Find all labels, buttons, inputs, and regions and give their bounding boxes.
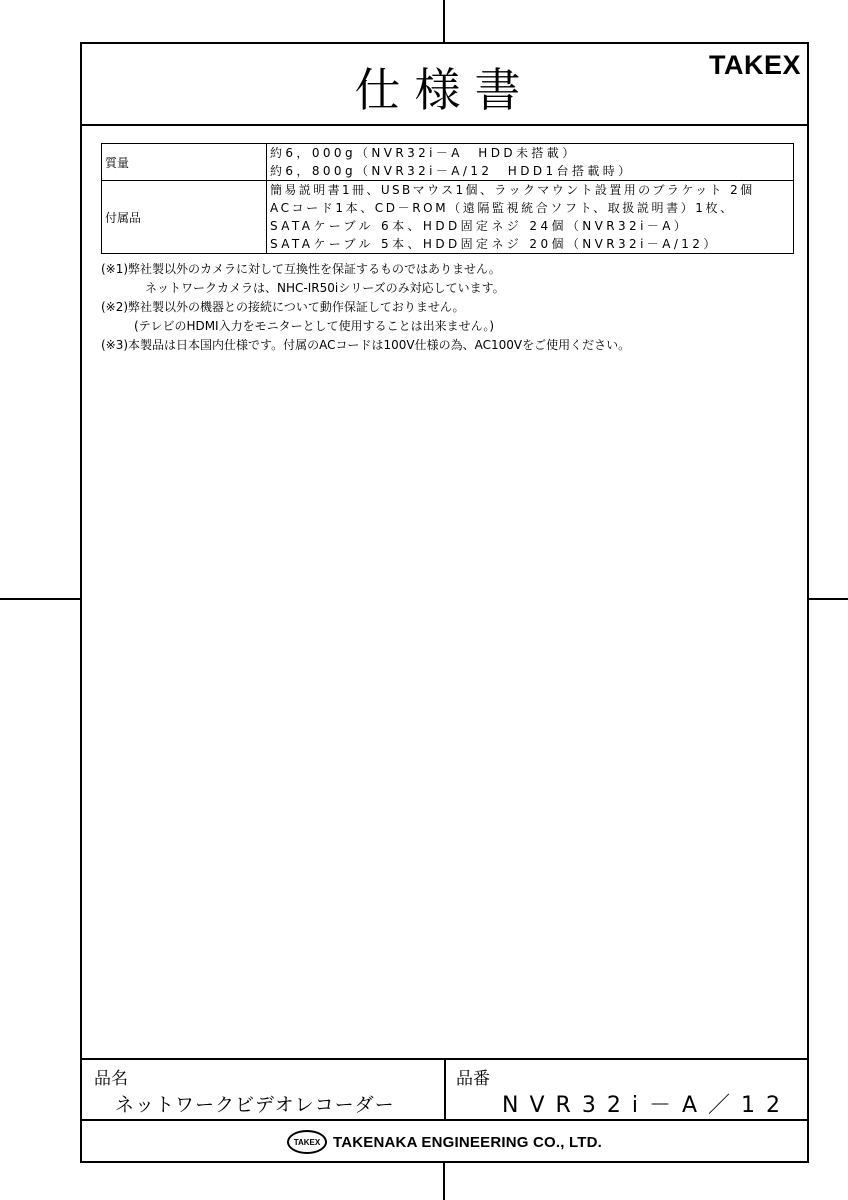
crop-mark-left [0, 598, 81, 600]
notes-section: (※1)弊社製以外のカメラに対して互換性を保証するものではありません。 ネットワ… [101, 260, 630, 355]
product-info-row: 品名 ネットワークビデオレコーダー 品番 NVR32i－A／12 [82, 1060, 807, 1121]
spec-line: SATAケーブル 5本、HDD固定ネジ 20個（NVR32i－A/12） [270, 235, 790, 253]
spec-table: 質量 約6，000g（NVR32i－A HDD未搭載） 約6，800g（NVR3… [101, 143, 794, 254]
product-number-label: 品番 [456, 1064, 490, 1089]
spec-line: 簡易説明書1冊、USBマウス1個、ラックマウント設置用のブラケット 2個 [270, 181, 790, 199]
spec-label-weight: 質量 [102, 144, 267, 181]
spec-row-weight: 質量 約6，000g（NVR32i－A HDD未搭載） 約6，800g（NVR3… [102, 144, 794, 181]
crop-mark-right [808, 598, 848, 600]
brand-logo: TAKEX [709, 50, 801, 81]
spec-line: 約6，800g（NVR32i－A/12 HDD1台搭載時） [270, 162, 790, 180]
spec-value-accessories: 簡易説明書1冊、USBマウス1個、ラックマウント設置用のブラケット 2個 ACコ… [267, 181, 794, 254]
document-frame: 仕様書 TAKEX 質量 約6，000g（NVR32i－A HDD未搭載） 約6… [80, 42, 809, 1163]
product-number-cell: 品番 NVR32i－A／12 [446, 1060, 807, 1119]
note-3: (※3)本製品は日本国内仕様です。付属のACコードは100V仕様の為、AC100… [101, 336, 630, 355]
title-block: 品名 ネットワークビデオレコーダー 品番 NVR32i－A／12 TAKEX T… [82, 1058, 807, 1163]
crop-mark-bottom [443, 1161, 445, 1200]
spec-value-weight: 約6，000g（NVR32i－A HDD未搭載） 約6，800g（NVR32i－… [267, 144, 794, 181]
spec-row-accessories: 付属品 簡易説明書1冊、USBマウス1個、ラックマウント設置用のブラケット 2個… [102, 181, 794, 254]
takex-logo-icon: TAKEX [287, 1130, 327, 1154]
company-row: TAKEX TAKENAKA ENGINEERING CO., LTD. [82, 1121, 807, 1163]
crop-mark-top [443, 0, 445, 43]
note-1: (※1)弊社製以外のカメラに対して互換性を保証するものではありません。 [101, 260, 630, 279]
note-2: (※2)弊社製以外の機器との接続について動作保証しておりません。 [101, 298, 630, 317]
document-title: 仕様書 [82, 54, 807, 120]
company-name: TAKENAKA ENGINEERING CO., LTD. [333, 1134, 602, 1151]
spec-line: SATAケーブル 6本、HDD固定ネジ 24個（NVR32i－A） [270, 217, 790, 235]
note-1-detail: ネットワークカメラは、NHC-IR50iシリーズのみ対応しています。 [101, 279, 630, 298]
product-name-cell: 品名 ネットワークビデオレコーダー [82, 1060, 446, 1119]
document-header: 仕様書 TAKEX [82, 44, 807, 126]
spec-label-accessories: 付属品 [102, 181, 267, 254]
note-2-detail: (テレビのHDMI入力をモニターとして使用することは出来ません。) [101, 317, 630, 336]
spec-line: 約6，000g（NVR32i－A HDD未搭載） [270, 144, 790, 162]
product-name: ネットワークビデオレコーダー [115, 1090, 395, 1117]
product-number: NVR32i－A／12 [502, 1088, 791, 1119]
spec-line: ACコード1本、CD－ROM（遠隔監視統合ソフト、取扱説明書）1枚、 [270, 199, 790, 217]
product-name-label: 品名 [94, 1064, 128, 1089]
